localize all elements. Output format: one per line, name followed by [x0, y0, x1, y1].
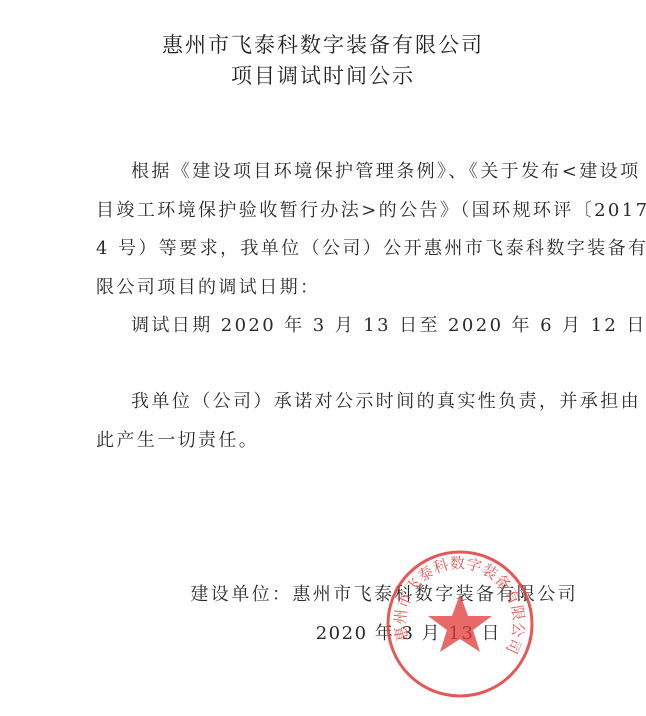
- paragraph-2-line-2: 此产生一切责任。: [96, 429, 259, 453]
- debug-period: 调试日期 2020 年 3 月 13 日至 2020 年 6 月 12 日: [131, 314, 646, 338]
- signature-unit: 建设单位：惠州市飞泰科数字装备有限公司: [190, 583, 578, 607]
- signature-date: 2020 年 3 月 13 日: [316, 622, 501, 646]
- paragraph-1-line-1: 根据《建设项目环境保护管理条例》、《关于发布<建设项: [131, 160, 640, 184]
- document-title-notice: 项目调试时间公示: [0, 60, 646, 90]
- paragraph-1-line-4: 限公司项目的调试日期：: [96, 276, 320, 300]
- paragraph-1-line-3: 4 号）等要求，我单位（公司）公开惠州市飞泰科数字装备有: [96, 237, 646, 261]
- paragraph-1-line-2: 目竣工环境保护验收暂行办法>的公告》（国环规环评〔2017〕: [96, 199, 646, 223]
- paragraph-2-line-1: 我单位（公司）承诺对公示时间的真实性负责，并承担由: [131, 390, 641, 414]
- document-page: 惠州市飞泰科数字装备有限公司 项目调试时间公示 根据《建设项目环境保护管理条例》…: [0, 0, 646, 716]
- document-title-company: 惠州市飞泰科数字装备有限公司: [0, 29, 646, 59]
